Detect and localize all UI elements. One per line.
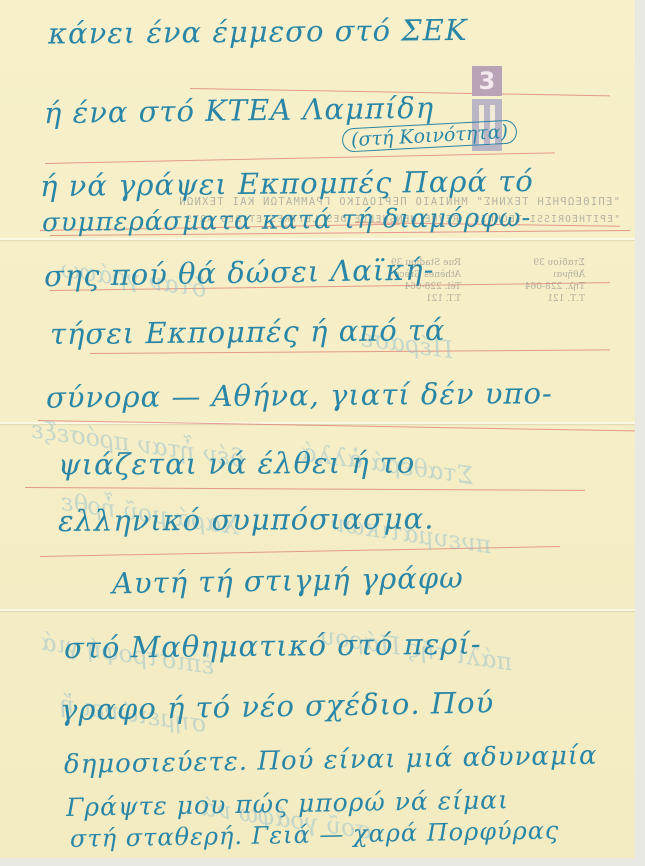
red-rule [45, 152, 555, 164]
handwritten-line: τήσει Εκπομπές ή από τά [0, 310, 635, 351]
handwritten-line: δημοσιεύετε. Πού είναι μιά αδυναμία [0, 739, 635, 781]
handwritten-line: ή ένα στό ΚΤΕΑ Λαμπίδη [0, 87, 635, 130]
red-rule [25, 487, 585, 491]
red-rule [90, 349, 610, 354]
address-po-gr: Τ.Τ. 121 [479, 294, 585, 304]
fold-crease [0, 609, 635, 611]
handwritten-line: σύνορα — Αθήνα, γιατί δέν υπο- [0, 375, 635, 415]
handwritten-line: ελληνικό συμπόσιασμα. [0, 500, 635, 539]
address-po-fr: T.T. 121 [355, 294, 461, 304]
handwritten-line: γραφο ή τό νέο σχέδιο. Πού [0, 682, 635, 728]
handwritten-line: συμπεράσματα κατά τή διαμόρφω- [0, 201, 635, 238]
handwritten-line: στό Μαθηματικό στό περί- [0, 624, 635, 665]
letter-page: "ΕΠΙΘΕΩΡΗΣΗ ΤΕΧΝΗΣ" ΜΗΝΙΑΙΟ ΠΕΡΙΟΔΙΚΟ ΓΡ… [0, 0, 635, 858]
handwritten-line: Αυτή τή στιγμή γράφω [0, 555, 635, 602]
fold-crease [0, 238, 635, 240]
handwritten-line: κάνει ένα έμμεσο στό ΣΕΚ [0, 11, 635, 51]
handwritten-line: ψιάζεται νά έλθει ή το [0, 444, 635, 482]
handwritten-line: ή νά γράψει Εκπομπές Παρά τό [0, 162, 635, 203]
